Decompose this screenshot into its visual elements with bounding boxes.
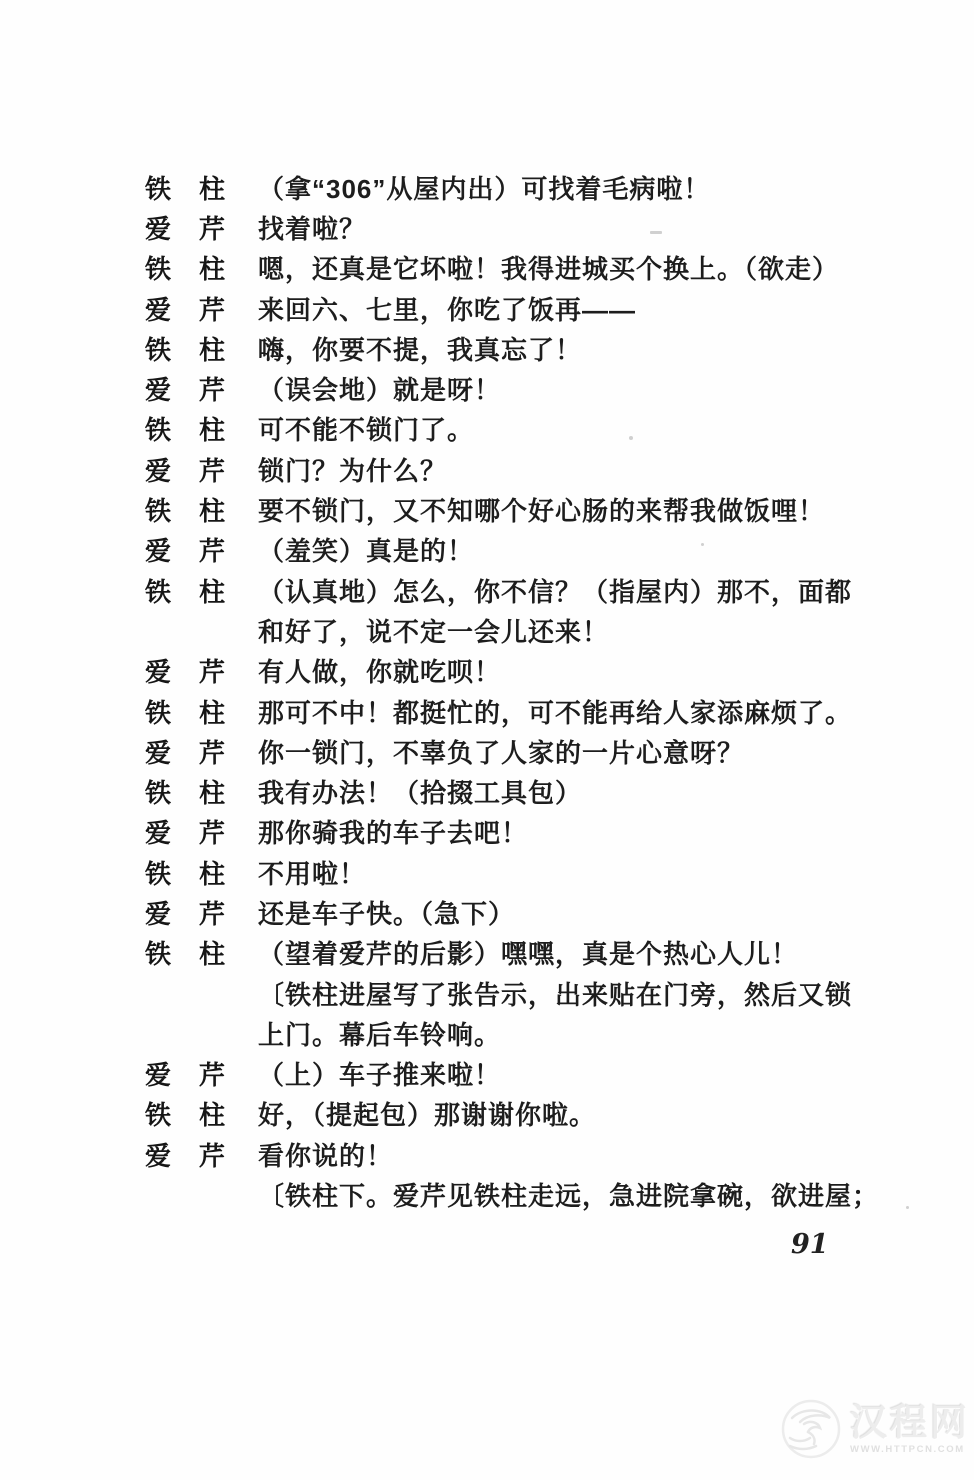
line-text: 你一锁门，不辜负了人家的一片心意呀？ bbox=[258, 733, 861, 770]
speaker-name: 爱 芹 bbox=[145, 1136, 258, 1173]
speaker-name: 铁 柱 bbox=[145, 330, 258, 367]
dialogue-row: 爱 芹 锁门？为什么？ bbox=[145, 449, 861, 489]
speaker-name: 爱 芹 bbox=[145, 733, 258, 770]
dialogue-row: 爱 芹 看你说的！ bbox=[145, 1134, 861, 1174]
stage-direction-row: 上门。幕后车铃响。 bbox=[145, 1013, 861, 1053]
line-text: 可不能不锁门了。 bbox=[258, 410, 861, 447]
continuation-row: 和好了，说不定一会儿还来！ bbox=[145, 610, 861, 650]
speaker-name: 铁 柱 bbox=[145, 249, 258, 286]
dialogue-row: 爱 芹 找着啦？ bbox=[145, 207, 861, 247]
speaker-name: 铁 柱 bbox=[145, 693, 258, 730]
scanned-book-page: 铁 柱 （拿“306”从屋内出）可找着毛病啦！ 爱 芹 找着啦？ 铁 柱 嗯，还… bbox=[0, 0, 974, 1480]
speaker-name: 爱 芹 bbox=[145, 1055, 258, 1092]
watermark-url: WWW.HTTPCN.COM bbox=[850, 1444, 965, 1455]
line-text: （上）车子推来啦！ bbox=[258, 1055, 861, 1092]
speaker-name: 铁 柱 bbox=[145, 854, 258, 891]
line-text: 我有办法！（拾掇工具包） bbox=[258, 773, 861, 810]
speaker-name: 铁 柱 bbox=[145, 934, 258, 971]
line-text: 和好了，说不定一会儿还来！ bbox=[258, 612, 861, 649]
dialogue-row: 铁 柱 嗯，还真是它坏啦！我得进城买个换上。（欲走） bbox=[145, 248, 861, 288]
line-text: 那可不中！都挺忙的，可不能再给人家添麻烦了。 bbox=[258, 693, 861, 730]
line-text: 还是车子快。（急下） bbox=[258, 894, 861, 931]
speaker-name: 铁 柱 bbox=[145, 169, 258, 206]
line-text: （误会地）就是呀！ bbox=[258, 370, 861, 407]
line-text: 来回六、七里，你吃了饭再—— bbox=[258, 290, 861, 327]
speaker-name: 爱 芹 bbox=[145, 652, 258, 689]
dialogue-row: 铁 柱 不用啦！ bbox=[145, 852, 861, 892]
scan-speck bbox=[650, 231, 662, 234]
line-text: 嗨，你要不提，我真忘了！ bbox=[258, 330, 861, 367]
line-text: （望着爱芹的后影）嘿嘿，真是个热心人儿！ bbox=[258, 934, 861, 971]
page-number: 91 bbox=[791, 1229, 829, 1260]
speaker-name: 爱 芹 bbox=[145, 894, 258, 931]
speaker-name: 爱 芹 bbox=[145, 813, 258, 850]
watermark-brand: 汉程网 bbox=[850, 1404, 970, 1441]
watermark: 汉程网 WWW.HTTPCN.COM bbox=[778, 1396, 970, 1462]
speaker-name: 铁 柱 bbox=[145, 773, 258, 810]
dialogue-row: 爱 芹 还是车子快。（急下） bbox=[145, 892, 861, 932]
line-text: 找着啦？ bbox=[258, 209, 861, 246]
speaker-name: 爱 芹 bbox=[145, 370, 258, 407]
dialogue-row: 铁 柱 那可不中！都挺忙的，可不能再给人家添麻烦了。 bbox=[145, 691, 861, 731]
dialogue-row: 铁 柱 （拿“306”从屋内出）可找着毛病啦！ bbox=[145, 167, 861, 207]
dialogue-row: 爱 芹 那你骑我的车子去吧！ bbox=[145, 812, 861, 852]
dialogue-row: 铁 柱 （认真地）怎么，你不信？（指屋内）那不，面都 bbox=[145, 570, 861, 610]
speaker-name: 爱 芹 bbox=[145, 290, 258, 327]
dialogue-row: 爱 芹 （上）车子推来啦！ bbox=[145, 1054, 861, 1094]
scan-speck bbox=[701, 543, 704, 546]
speaker-name: 爱 芹 bbox=[145, 531, 258, 568]
line-text: 不用啦！ bbox=[258, 854, 861, 891]
dialogue-row: 铁 柱 嗨，你要不提，我真忘了！ bbox=[145, 328, 861, 368]
dialogue-row: 铁 柱 （望着爱芹的后影）嘿嘿，真是个热心人儿！ bbox=[145, 933, 861, 973]
stage-direction-row: 〔铁柱进屋写了张告示，出来贴在门旁，然后又锁 bbox=[145, 973, 861, 1013]
line-text: （认真地）怎么，你不信？（指屋内）那不，面都 bbox=[258, 572, 861, 609]
hancheng-dragon-logo-icon bbox=[778, 1396, 844, 1462]
line-text: 那你骑我的车子去吧！ bbox=[258, 813, 861, 850]
stage-direction-text: 〔铁柱进屋写了张告示，出来贴在门旁，然后又锁 bbox=[258, 975, 861, 1012]
line-text: 嗯，还真是它坏啦！我得进城买个换上。（欲走） bbox=[258, 249, 861, 286]
line-text: 看你说的！ bbox=[258, 1136, 861, 1173]
dialogue-row: 爱 芹 来回六、七里，你吃了饭再—— bbox=[145, 288, 861, 328]
dialogue-row: 铁 柱 要不锁门，又不知哪个好心肠的来帮我做饭哩！ bbox=[145, 489, 861, 529]
line-text: （羞笑）真是的！ bbox=[258, 531, 861, 568]
line-text: 有人做，你就吃呗！ bbox=[258, 652, 861, 689]
watermark-text: 汉程网 WWW.HTTPCN.COM bbox=[850, 1404, 970, 1455]
dialogue-row: 铁 柱 可不能不锁门了。 bbox=[145, 409, 861, 449]
speaker-name: 爱 芹 bbox=[145, 209, 258, 246]
stage-direction-text: 〔铁柱下。爱芹见铁柱走远，急进院拿碗，欲进屋； bbox=[258, 1176, 879, 1213]
speaker-name: 铁 柱 bbox=[145, 491, 258, 528]
dialogue-block: 铁 柱 （拿“306”从屋内出）可找着毛病啦！ 爱 芹 找着啦？ 铁 柱 嗯，还… bbox=[145, 167, 861, 1215]
stage-direction-row: 〔铁柱下。爱芹见铁柱走远，急进院拿碗，欲进屋； bbox=[145, 1174, 861, 1214]
scan-speck bbox=[629, 436, 633, 440]
speaker-name: 铁 柱 bbox=[145, 410, 258, 447]
dialogue-row: 爱 芹 有人做，你就吃呗！ bbox=[145, 651, 861, 691]
stage-direction-text: 上门。幕后车铃响。 bbox=[258, 1015, 861, 1052]
scan-speck bbox=[906, 1206, 909, 1209]
line-text: （拿“306”从屋内出）可找着毛病啦！ bbox=[258, 169, 861, 206]
dialogue-row: 爱 芹 你一锁门，不辜负了人家的一片心意呀？ bbox=[145, 731, 861, 771]
speaker-name: 铁 柱 bbox=[145, 1095, 258, 1132]
speaker-name: 爱 芹 bbox=[145, 451, 258, 488]
line-text: 好，（提起包）那谢谢你啦。 bbox=[258, 1095, 861, 1132]
line-text: 锁门？为什么？ bbox=[258, 451, 861, 488]
line-text: 要不锁门，又不知哪个好心肠的来帮我做饭哩！ bbox=[258, 491, 861, 528]
dialogue-row: 爱 芹 （羞笑）真是的！ bbox=[145, 530, 861, 570]
dialogue-row: 铁 柱 好，（提起包）那谢谢你啦。 bbox=[145, 1094, 861, 1134]
dialogue-row: 爱 芹 （误会地）就是呀！ bbox=[145, 368, 861, 408]
dialogue-row: 铁 柱 我有办法！（拾掇工具包） bbox=[145, 771, 861, 811]
speaker-name: 铁 柱 bbox=[145, 572, 258, 609]
